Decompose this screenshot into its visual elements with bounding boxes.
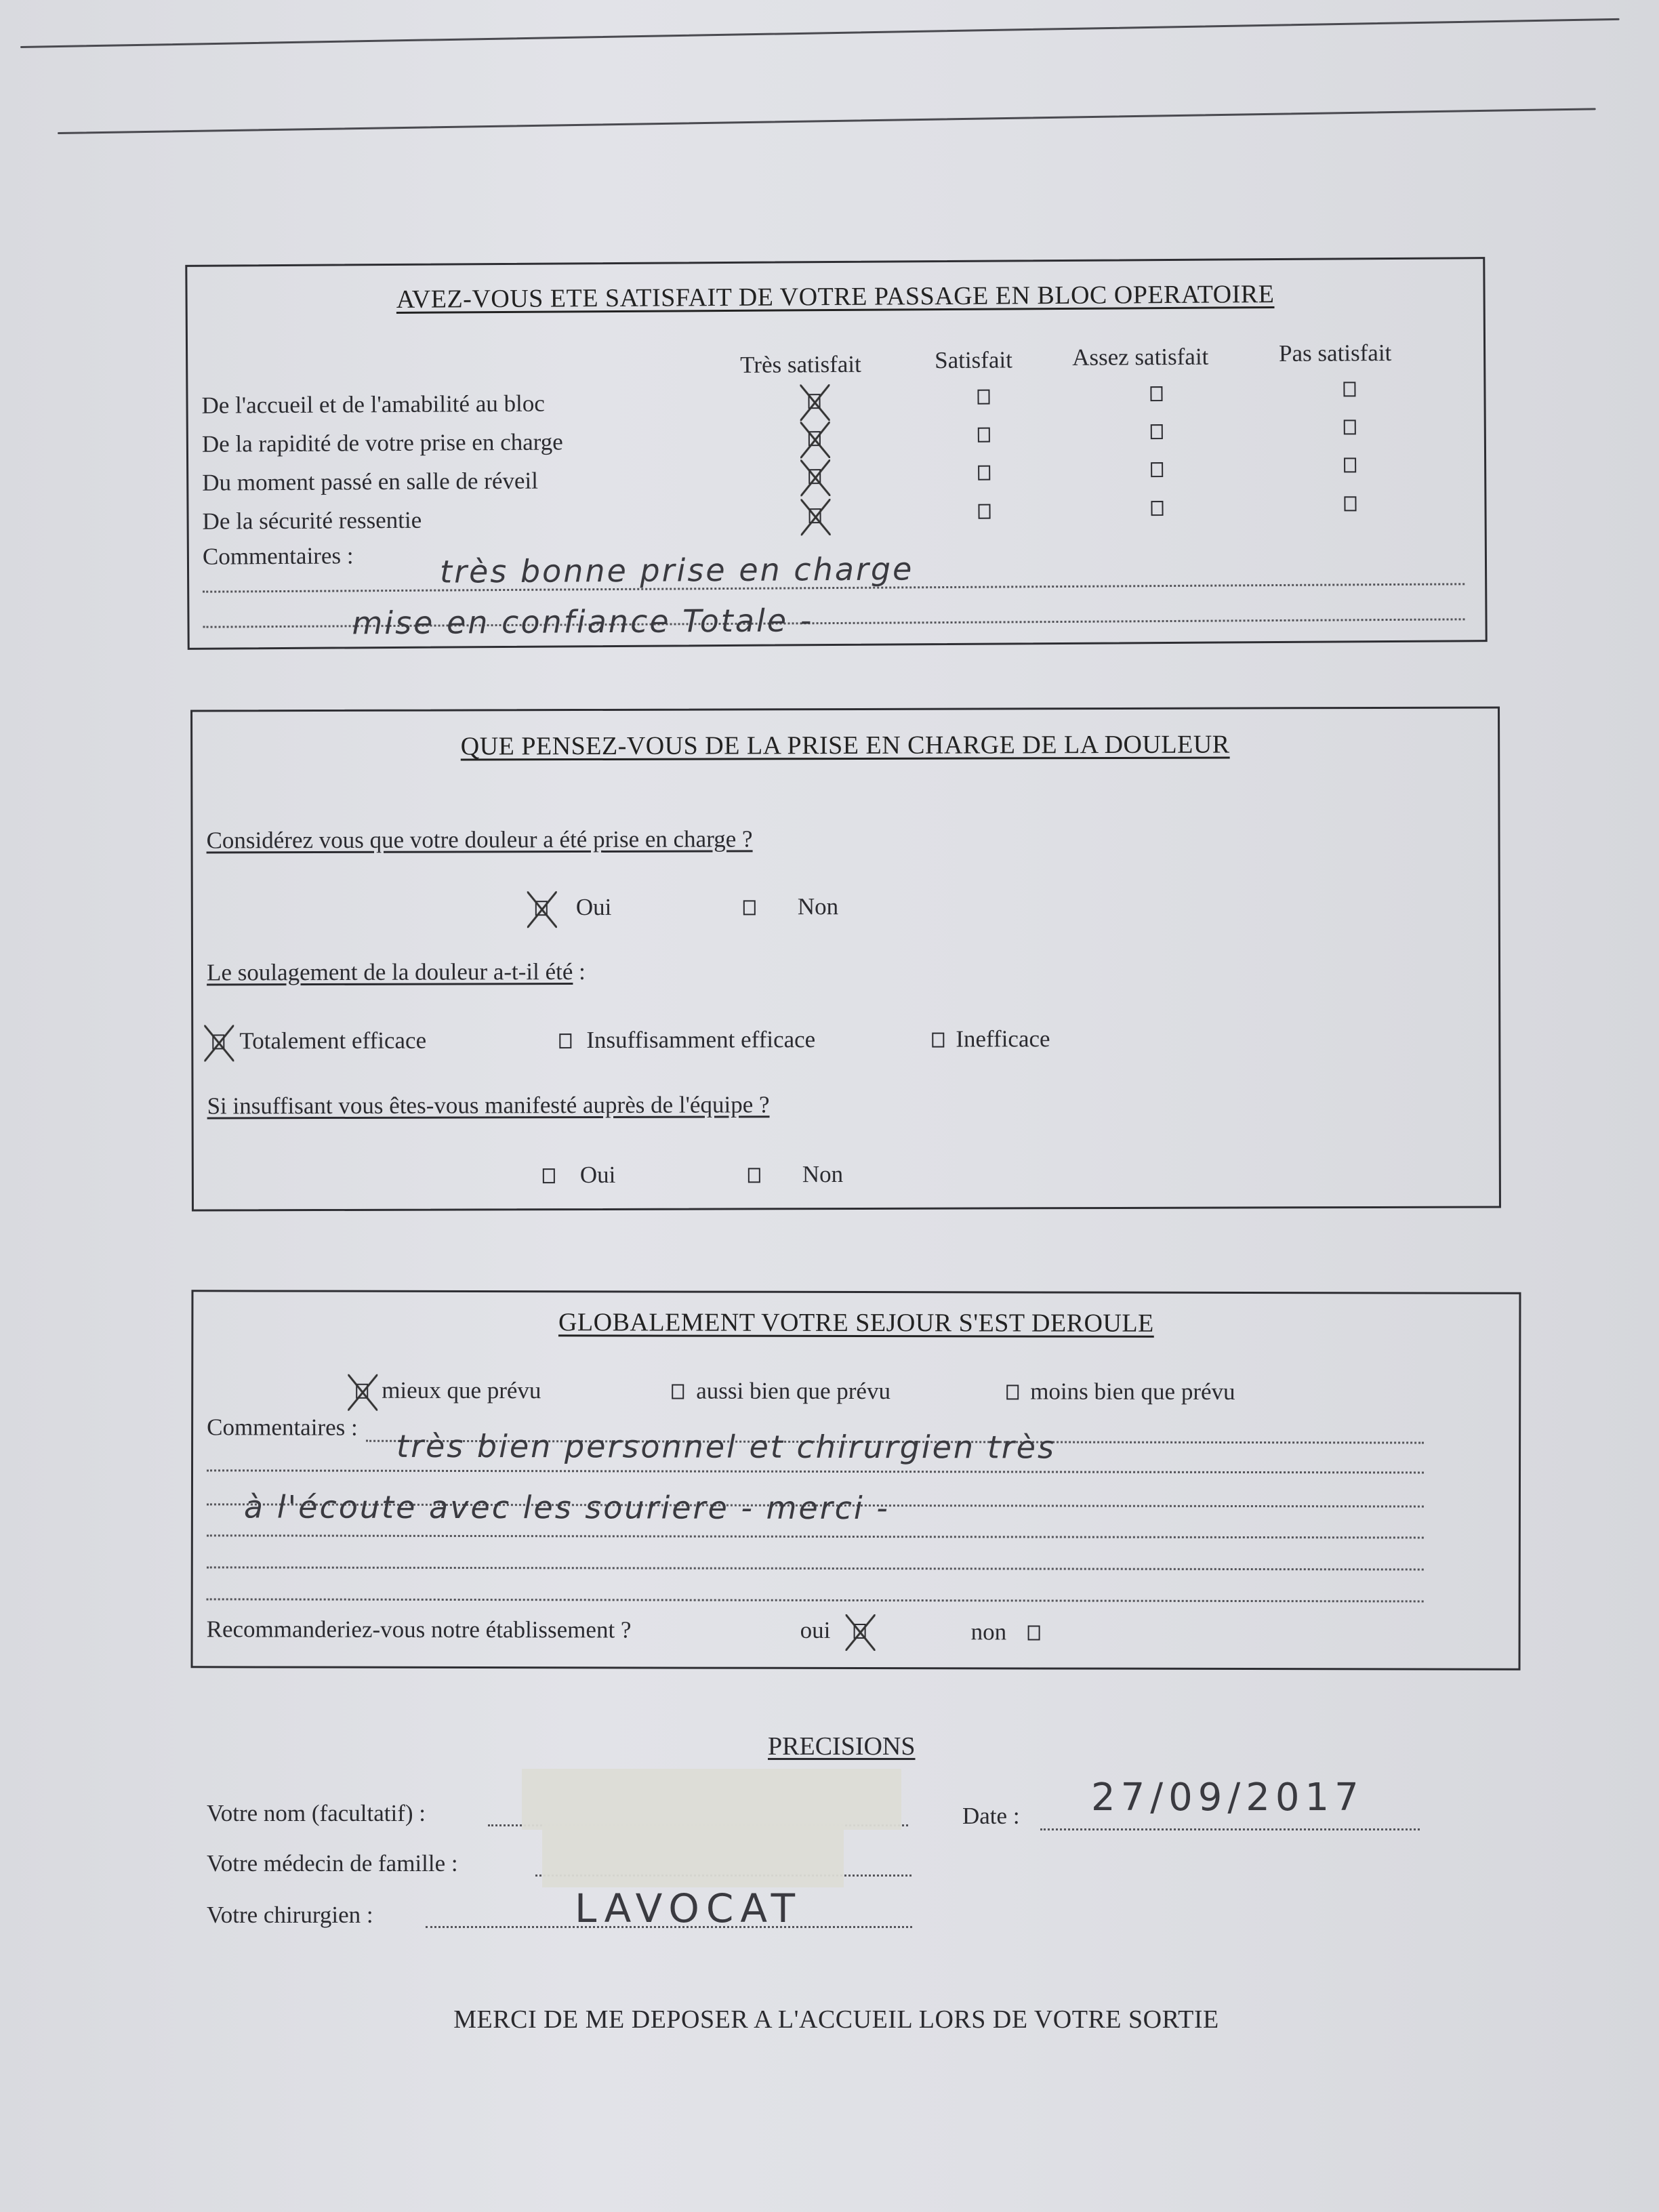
checkbox-reveil-assez-satisfait[interactable] [1151,462,1163,477]
comment-handwritten-2[interactable]: mise en confiance Totale - [352,602,813,641]
checkbox-accueil-pas-satisfait[interactable] [1343,382,1355,396]
checkbox-q1-oui[interactable] [535,901,548,916]
option-q3-non: Non [802,1161,843,1188]
checkbox-q3-non[interactable] [748,1168,760,1183]
checkbox-rapidite-pas-satisfait[interactable] [1344,419,1356,434]
option-q1-non: Non [798,893,838,920]
col-satisfait: Satisfait [935,346,1012,374]
section-title: AVEZ-VOUS ETE SATISFAIT DE VOTRE PASSAGE… [187,278,1483,316]
comment-line-4 [207,1534,1424,1538]
option-insuffisamment-efficace: Insuffisamment efficace [586,1026,815,1054]
checkbox-accueil-satisfait[interactable] [977,390,989,405]
checkbox-rapidite-satisfait[interactable] [978,428,990,443]
doctor-label: Votre médecin de famille : [207,1850,458,1877]
question-soulagement-suffix: : [573,958,586,985]
checkbox-rapidite-tres-satisfait[interactable] [808,431,821,446]
row-label-accueil: De l'accueil et de l'amabilité au bloc [201,390,545,419]
checkbox-moins-bien-que-prevu[interactable] [1006,1385,1019,1399]
checkbox-securite-satisfait[interactable] [978,504,990,519]
section-bloc-operatoire: AVEZ-VOUS ETE SATISFAIT DE VOTRE PASSAGE… [185,257,1487,650]
checkbox-securite-tres-satisfait[interactable] [808,508,821,523]
comment-handwritten-2[interactable]: à l'écoute avec les souriere - merci - [244,1488,890,1526]
checkbox-recommend-oui[interactable] [854,1624,866,1639]
checkbox-insuffisamment-efficace[interactable] [559,1033,571,1048]
checkbox-q3-oui[interactable] [543,1168,555,1183]
option-mieux-que-prevu: mieux que prévu [382,1377,541,1404]
name-label: Votre nom (facultatif) : [207,1800,426,1827]
surgeon-value[interactable]: LAVOCAT [575,1885,802,1931]
precisions-title: PRECISIONS [768,1732,916,1761]
question-douleur-prise-en-charge: Considérez vous que votre douleur a été … [206,825,752,854]
top-rule-1 [20,18,1620,48]
checkbox-reveil-satisfait[interactable] [978,466,990,480]
comment-line-6 [207,1598,1424,1602]
checkbox-mieux-que-prevu[interactable] [356,1384,368,1399]
comment-handwritten-1[interactable]: très bien personnel et chirurgien très [396,1428,1056,1466]
comment-handwritten-1[interactable]: très bonne prise en charge [440,550,914,590]
option-moins-bien-que-prevu: moins bien que prévu [1030,1378,1235,1406]
row-label-reveil: Du moment passé en salle de réveil [202,468,538,497]
checkbox-inefficace[interactable] [932,1033,944,1048]
footer-instruction: MERCI DE ME DEPOSER A L'ACCUEIL LORS DE … [14,2005,1659,2034]
comments-label: Commentaires : [203,542,354,570]
option-inefficace: Inefficace [956,1025,1050,1052]
comments-label: Commentaires : [207,1414,358,1441]
col-tres-satisfait: Très satisfait [740,351,861,379]
checkbox-securite-pas-satisfait[interactable] [1344,496,1356,511]
surgeon-label: Votre chirurgien : [207,1902,373,1929]
row-label-securite: De la sécurité ressentie [202,507,422,535]
comment-line-5 [207,1566,1424,1570]
date-label: Date : [962,1803,1020,1830]
checkbox-rapidite-assez-satisfait[interactable] [1151,424,1163,439]
question-soulagement: Le soulagement de la douleur a-t-il été … [207,958,586,986]
redacted-name [522,1769,901,1830]
option-aussi-bien-que-prevu: aussi bien que prévu [696,1378,890,1406]
checkbox-accueil-tres-satisfait[interactable] [808,394,820,409]
comment-line-2 [207,1469,1424,1473]
option-totalement-efficace: Totalement efficace [239,1027,426,1055]
section-title: QUE PENSEZ-VOUS DE LA PRISE EN CHARGE DE… [192,729,1498,762]
option-q1-oui: Oui [576,894,612,921]
redacted-doctor [542,1823,844,1887]
question-manifeste-equipe: Si insuffisant vous êtes-vous manifesté … [207,1091,770,1120]
checkbox-recommend-non[interactable] [1028,1625,1040,1640]
date-field[interactable] [1040,1828,1420,1830]
checkbox-totalement-efficace[interactable] [212,1034,224,1049]
recommend-question: Recommanderiez-vous notre établissement … [207,1616,632,1643]
checkbox-reveil-pas-satisfait[interactable] [1344,457,1356,472]
question-soulagement-text: Le soulagement de la douleur a-t-il été [207,958,573,985]
checkbox-aussi-bien-que-prevu[interactable] [672,1385,684,1399]
option-q3-oui: Oui [580,1162,616,1189]
checkbox-securite-assez-satisfait[interactable] [1151,501,1163,516]
checkbox-reveil-tres-satisfait[interactable] [808,469,821,484]
row-label-rapidite: De la rapidité de votre prise en charge [202,428,563,457]
section-sejour: GLOBALEMENT VOTRE SEJOUR S'EST DEROULE m… [191,1290,1521,1670]
section-douleur: QUE PENSEZ-VOUS DE LA PRISE EN CHARGE DE… [190,706,1501,1211]
checkbox-accueil-assez-satisfait[interactable] [1150,386,1162,401]
checkbox-q1-non[interactable] [743,900,756,915]
col-assez-satisfait: Assez satisfait [1072,344,1208,371]
recommend-non-label: non [971,1618,1007,1645]
date-value[interactable]: 27/09/2017 [1091,1776,1364,1820]
col-pas-satisfait: Pas satisfait [1279,340,1391,367]
top-rule-2 [58,108,1596,134]
recommend-oui-label: oui [800,1617,831,1644]
section-title: GLOBALEMENT VOTRE SEJOUR S'EST DEROULE [193,1307,1519,1338]
